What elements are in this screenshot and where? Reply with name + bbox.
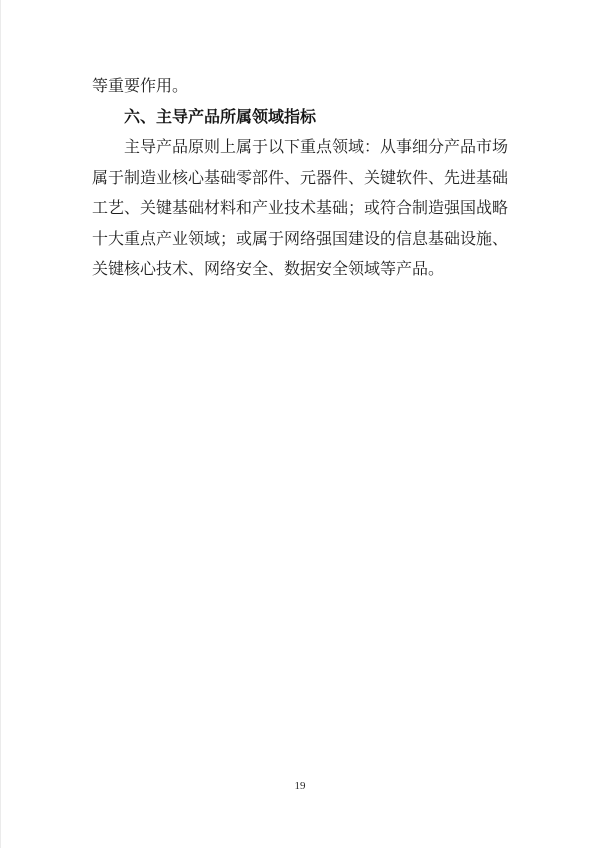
paragraph-line: 属于制造业核心基础零部件、元器件、关键软件、先进基础: [92, 164, 508, 195]
page-left-edge-artifact: [0, 0, 1, 848]
page-number: 19: [0, 780, 600, 792]
document-page: 等重要作用。 六、主导产品所属领域指标 主导产品原则上属于以下重点领域：从事细分…: [0, 0, 600, 848]
previous-paragraph-closing-line: 等重要作用。: [92, 72, 508, 103]
paragraph-line: 十大重点产业领域；或属于网络强国建设的信息基础设施、: [92, 225, 508, 256]
document-text-block: 等重要作用。 六、主导产品所属领域指标 主导产品原则上属于以下重点领域：从事细分…: [92, 72, 508, 286]
paragraph-line: 关键核心技术、网络安全、数据安全领域等产品。: [92, 255, 508, 286]
paragraph-line: 工艺、关键基础材料和产业技术基础；或符合制造强国战略: [92, 194, 508, 225]
section-heading: 六、主导产品所属领域指标: [92, 103, 508, 134]
paragraph-line: 主导产品原则上属于以下重点领域：从事细分产品市场: [92, 133, 508, 164]
